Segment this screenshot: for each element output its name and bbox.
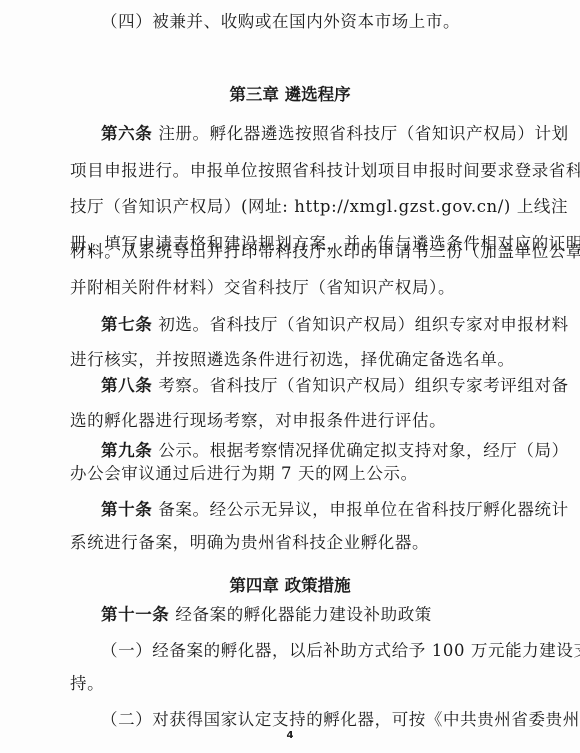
chapter-3-heading: 第三章 遴选程序: [0, 85, 580, 105]
article-10-line-1: 第十条备案。经公示无异议，申报单位在省科技厅孵化器统计: [101, 500, 531, 520]
article-11-item-2-line-1: （二）对获得国家认定支持的孵化器，可按《中共贵州省委贵州: [101, 710, 531, 730]
item-4-text: （四）被兼并、收购或在国内外资本市场上市。: [101, 12, 531, 32]
article-11-line: 第十一条经备案的孵化器能力建设补助政策: [101, 605, 531, 625]
article-10-text: 备案。经公示无异议，申报单位在省科技厅孵化器统计: [158, 500, 568, 519]
article-7-text: 初选。省科技厅（省知识产权局）组织专家对申报材料: [158, 315, 568, 334]
article-9-line-1: 第九条公示。根据考察情况择优确定拟支持对象，经厅（局）: [101, 441, 531, 461]
article-9-line-2: 办公会审议通过后进行为期 7 天的网上公示。: [70, 464, 530, 484]
article-6-line-3: 技厅（省知识产权局）(网址: http://xmgl.gzst.gov.cn/)…: [70, 197, 530, 217]
chapter-4-heading: 第四章 政策措施: [0, 576, 580, 596]
article-7-label: 第七条: [101, 315, 152, 334]
article-8-text: 考察。省科技厅（省知识产权局）组织专家考评组对备: [158, 376, 568, 395]
article-11-label: 第十一条: [101, 605, 169, 624]
article-10-label: 第十条: [101, 500, 152, 519]
article-6-line-1: 第六条注册。孵化器遴选按照省科技厅（省知识产权局）计划: [101, 124, 531, 144]
article-6-line-6: 并附相关附件材料）交省科技厅（省知识产权局）。: [70, 278, 530, 298]
article-9-text: 公示。根据考察情况择优确定拟支持对象，经厅（局）: [158, 441, 568, 460]
article-8-label: 第八条: [101, 376, 152, 395]
article-6-text: 注册。孵化器遴选按照省科技厅（省知识产权局）计划: [158, 124, 568, 143]
document-page: （四）被兼并、收购或在国内外资本市场上市。 第三章 遴选程序 第六条注册。孵化器…: [0, 0, 580, 753]
article-10-line-2: 系统进行备案，明确为贵州省科技企业孵化器。: [70, 533, 530, 553]
article-6-line-2: 项目申报进行。申报单位按照省科技计划项目申报时间要求登录省科: [70, 161, 530, 181]
article-11-text: 经备案的孵化器能力建设补助政策: [175, 605, 432, 624]
article-8-line-2: 选的孵化器进行现场考察，对申报条件进行评估。: [70, 411, 530, 431]
article-11-item-1-line-1: （一）经备案的孵化器，以后补助方式给予 100 万元能力建设支: [101, 641, 531, 661]
article-8-line-1: 第八条考察。省科技厅（省知识产权局）组织专家考评组对备: [101, 376, 531, 396]
page-number: 4: [0, 730, 580, 741]
article-7-line-2: 进行核实，并按照遴选条件进行初选，择优确定备选名单。: [70, 350, 530, 370]
article-6-line-5: 材料。从系统导出并打印带科技厅水印的申请书三份（加盖单位公章: [70, 242, 530, 262]
article-7-line-1: 第七条初选。省科技厅（省知识产权局）组织专家对申报材料: [101, 315, 531, 335]
article-6-label: 第六条: [101, 124, 152, 143]
article-9-label: 第九条: [101, 441, 152, 460]
article-11-item-1-line-2: 持。: [70, 674, 530, 694]
